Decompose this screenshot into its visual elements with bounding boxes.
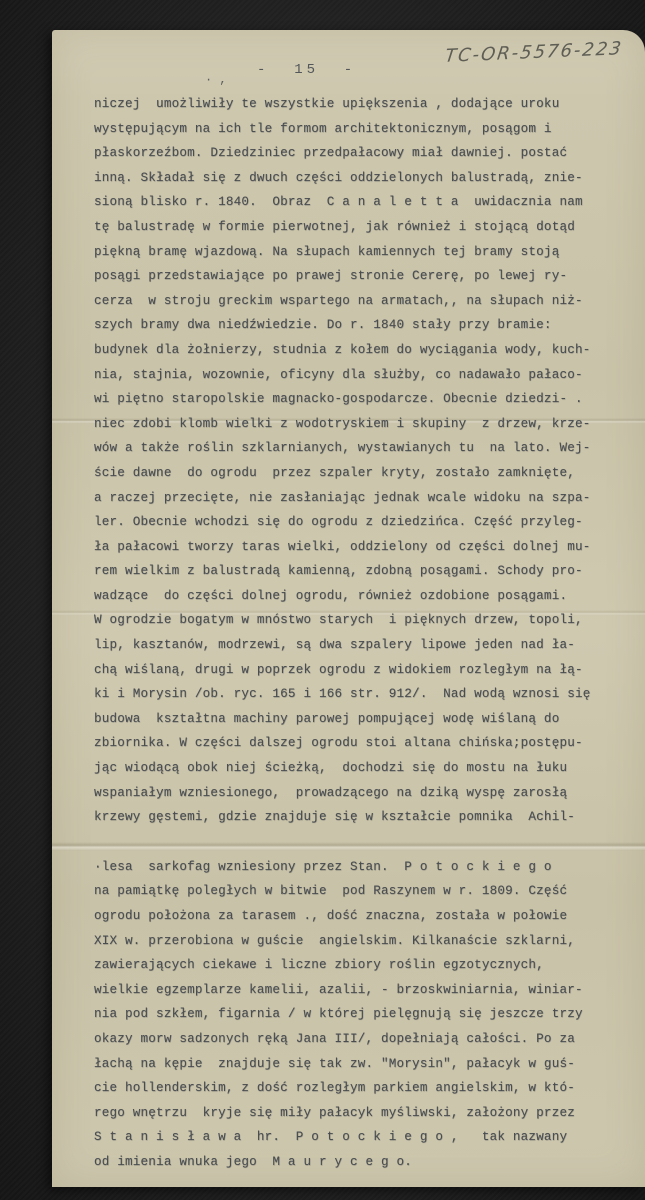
text-line: nia, stajnia, wozownie, oficyny dla służ… (94, 363, 614, 388)
text-line: ·lesa sarkofag wzniesiony przez Stan. P … (94, 855, 614, 880)
text-line: wspaniałym wzniesionego, prowadzącego na… (94, 781, 614, 806)
text-line: ła pałacowi tworzy taras wielki, oddziel… (94, 535, 614, 560)
text-line: łachą na kępie znajduje się tak zw. "Mor… (94, 1052, 614, 1077)
text-line: niczej umożliwiły te wszystkie upiększen… (94, 92, 614, 117)
text-line: cie hollenderskim, z dość rozległym park… (94, 1076, 614, 1101)
page-number: - 15 - (257, 62, 356, 78)
text-line: XIX w. przerobiona w guście angielskim. … (94, 929, 614, 954)
text-line: okazy morw sadzonych ręką Jana III/, dop… (94, 1027, 614, 1052)
text-line: ler. Obecnie wchodzi się do ogrodu z dzi… (94, 510, 614, 535)
text-line: budowa kształtna machiny parowej pompują… (94, 707, 614, 732)
text-line: płaskorzeźbom. Dziedziniec przedpałacowy… (94, 141, 614, 166)
text-line: występującym na ich tle formom architekt… (94, 117, 614, 142)
text-line: wielkie egzemplarze kamelii, azalii, - b… (94, 978, 614, 1003)
text-line: od imienia wnuka jego M a u r y c e g o. (94, 1150, 614, 1175)
text-line: tę balustradę w formie pierwotnej, jak r… (94, 215, 614, 240)
paragraph-block: ·lesa sarkofag wzniesiony przez Stan. P … (94, 855, 614, 1175)
ink-artifact: · , (205, 73, 227, 87)
text-line: posągi przedstawiające po prawej stronie… (94, 264, 614, 289)
text-line: ogrodu położona za tarasem ., dość znacz… (94, 904, 614, 929)
text-line: chą wiślaną, drugi w poprzek ogrodu z wi… (94, 658, 614, 683)
text-line: rem wielkim z balustradą kamienną, zdobn… (94, 559, 614, 584)
text-line: piękną bramę wjazdową. Na słupach kamien… (94, 240, 614, 265)
text-line: budynek dla żołnierzy, studnia z kołem d… (94, 338, 614, 363)
text-line: krzewy gęstemi, gdzie znajduje się w ksz… (94, 805, 614, 830)
text-line: sioną blisko r. 1840. Obraz C a n a l e … (94, 190, 614, 215)
text-line: nia pod szkłem, figarnia / w której piel… (94, 1002, 614, 1027)
text-line: szych bramy dwa niedźwiedzie. Do r. 1840… (94, 313, 614, 338)
text-line: na pamiątkę poległych w bitwie pod Raszy… (94, 879, 614, 904)
text-line: ście dawne do ogrodu przez szpaler kryty… (94, 461, 614, 486)
text-line: zawierających ciekawe i liczne zbiory ro… (94, 953, 614, 978)
text-line: wadzące do części dolnej ogrodu, również… (94, 584, 614, 609)
text-line: wi piętno staropolskie magnacko-gospodar… (94, 387, 614, 412)
paragraph-block: niczej umożliwiły te wszystkie upiększen… (94, 92, 614, 830)
text-line: W ogrodzie bogatym w mnóstwo starych i p… (94, 608, 614, 633)
text-line: jąc wiodącą obok niej ścieżką, dochodzi … (94, 756, 614, 781)
text-line: niec zdobi klomb wielki z wodotryskiem i… (94, 412, 614, 437)
text-line: inną. Składał się z dwuch części oddziel… (94, 166, 614, 191)
handwritten-catalog-number: TC-OR-5576-223 (444, 38, 625, 67)
text-line: S t a n i s ł a w a hr. P o t o c k i e … (94, 1125, 614, 1150)
text-line: rego wnętrzu kryje się miły pałacyk myśl… (94, 1101, 614, 1126)
text-line: zbiornika. W części dalszej ogrodu stoi … (94, 731, 614, 756)
text-line: ki i Morysin /ob. ryc. 165 i 166 str. 91… (94, 682, 614, 707)
text-line: cerza w stroju greckim wspartego na arma… (94, 289, 614, 314)
text-line: lip, kasztanów, modrzewi, są dwa szpaler… (94, 633, 614, 658)
text-line: wów a także roślin szklarnianych, wystaw… (94, 436, 614, 461)
text-line: a raczej przecięte, nie zasłaniając jedn… (94, 486, 614, 511)
typewritten-text: niczej umożliwiły te wszystkie upiększen… (94, 92, 614, 1175)
document-page: TC-OR-5576-223 · , - 15 - niczej umożliw… (52, 30, 645, 1187)
